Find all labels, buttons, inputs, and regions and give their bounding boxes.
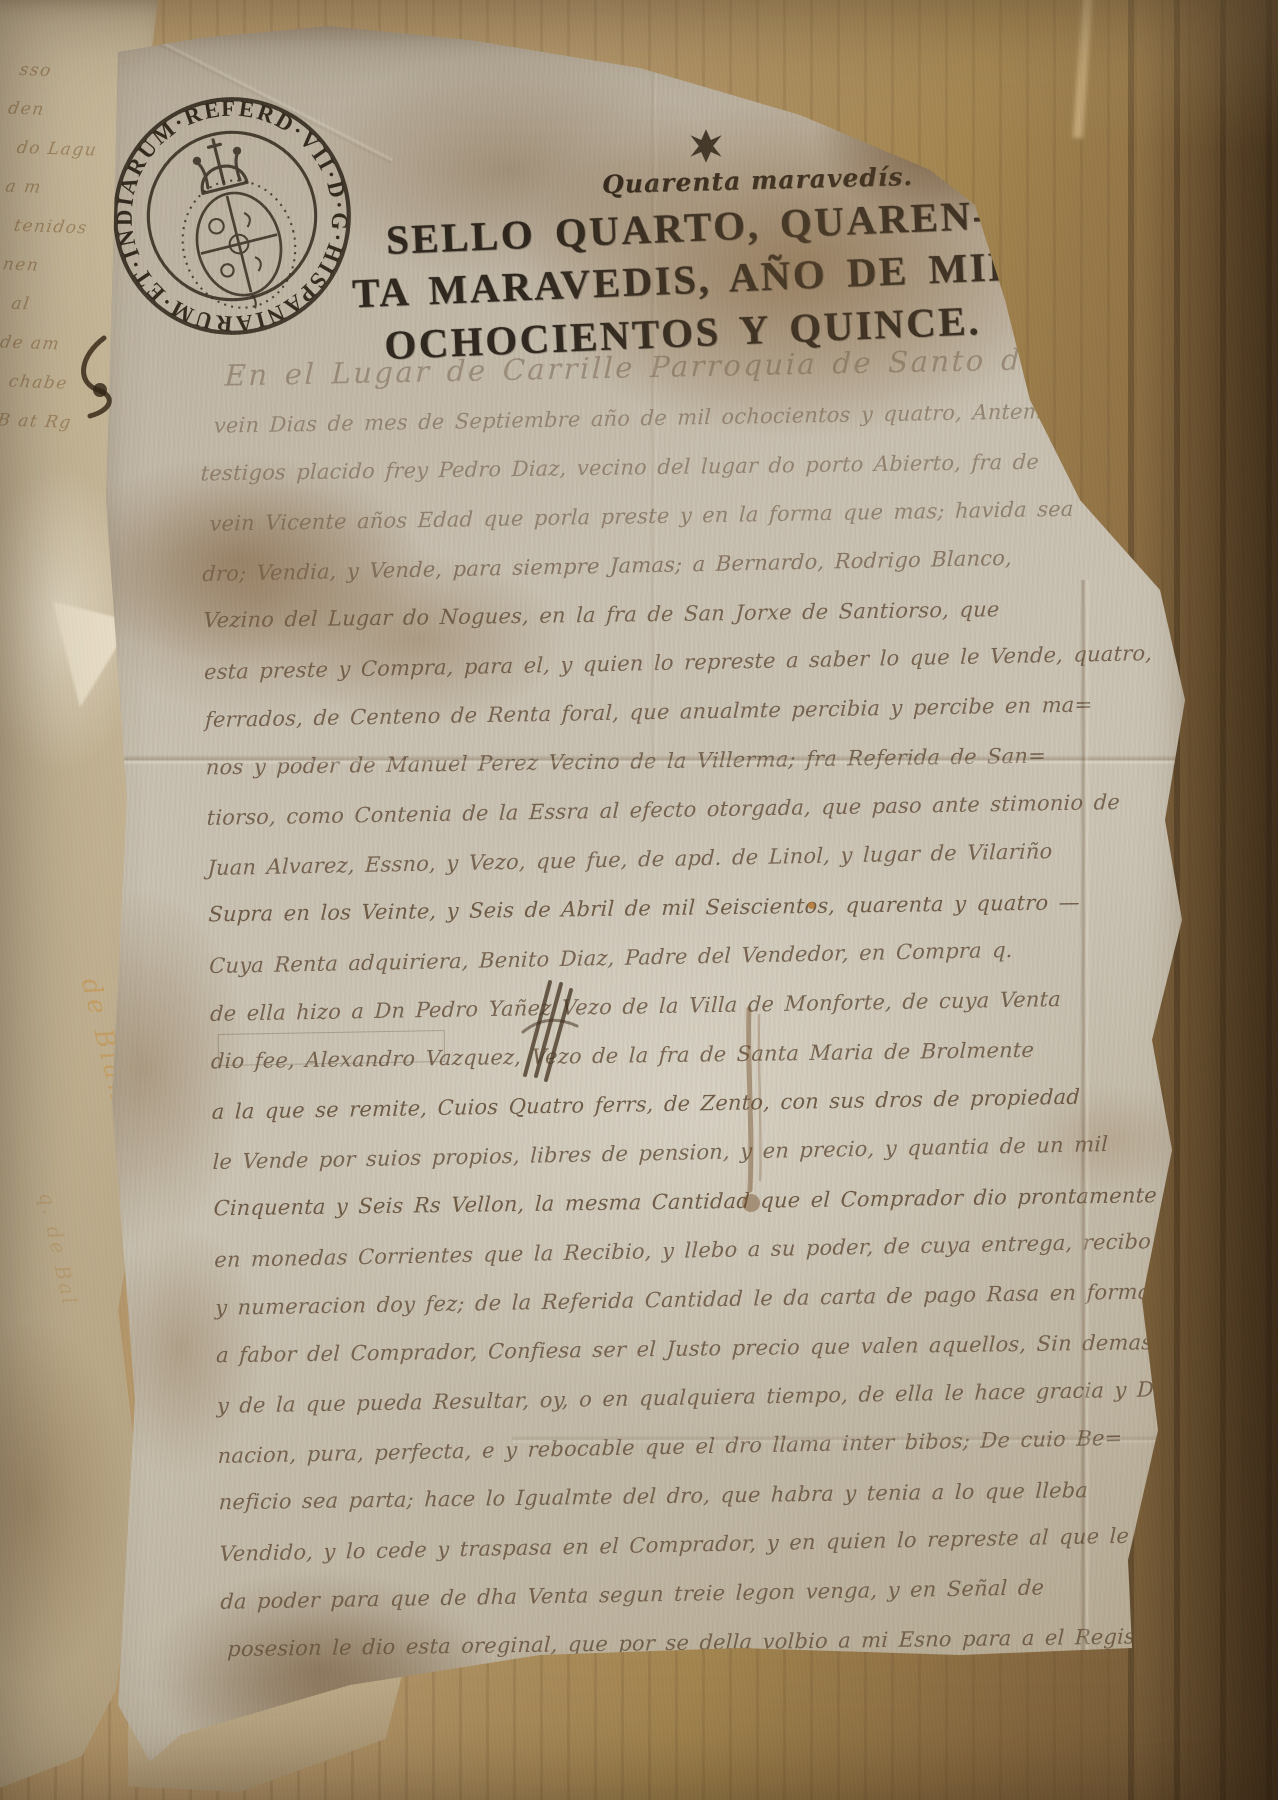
ink-drip (735, 1005, 779, 1245)
ink-fleck (808, 902, 815, 909)
ink-annotation-box (218, 1030, 446, 1066)
royal-seal-stamp: FERD·VII·D·G·HISPANIARUM·ET·INDIARUM·REX… (82, 66, 383, 367)
horizontal-fold-crease (90, 755, 1200, 765)
binding-thread-icon (58, 330, 128, 430)
crown-icon (190, 134, 247, 193)
horizontal-fold-crease-lower (512, 1435, 1200, 1444)
ink-scribble (515, 970, 585, 1085)
maltese-cross-icon (688, 128, 724, 164)
vertical-fold-crease-right (1080, 580, 1090, 1660)
photograph-of-manuscript: ssodendo Lagua mtenidosnenalde amchabeB … (0, 0, 1278, 1800)
manuscript-sheet: FERD·VII·D·G·HISPANIARUM·ET·INDIARUM·REX… (90, 20, 1200, 1780)
vertical-fold-crease (650, 20, 658, 760)
seal-circular-text: FERD·VII·D·G·HISPANIARUM·ET·INDIARUM·REX… (84, 66, 364, 350)
